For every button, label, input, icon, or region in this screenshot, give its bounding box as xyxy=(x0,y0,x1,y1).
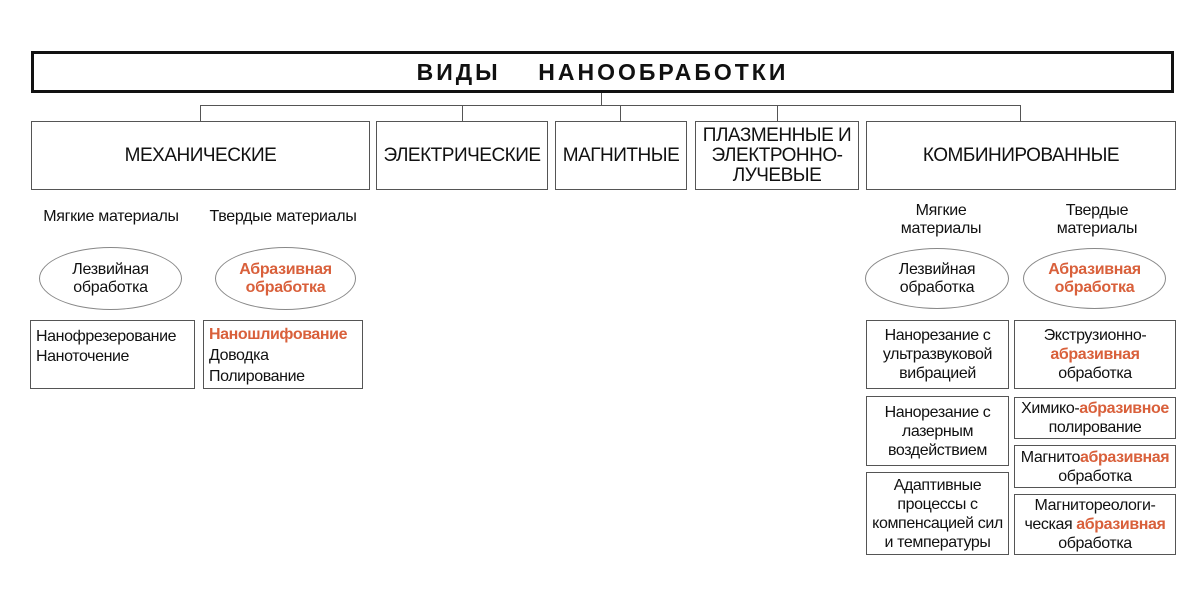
box-text-highlighted: абразивная xyxy=(1076,516,1165,533)
method-line: Лезвийная xyxy=(72,261,148,279)
method-line: обработка xyxy=(73,279,147,297)
box-line: и температуры xyxy=(885,533,991,552)
extrusion-abrasive-box: Экструзионно- абразивная обработка xyxy=(1014,320,1176,389)
heading-line: материалы xyxy=(1017,220,1177,238)
connector-plasma xyxy=(777,105,778,121)
box-line: вибрацией xyxy=(899,364,976,383)
box-line: Магнитореологи- xyxy=(1035,496,1156,515)
connector-magnetic xyxy=(620,105,621,121)
box-line: обработка xyxy=(1058,364,1132,383)
box-line: полирование xyxy=(1049,418,1142,437)
box-text-highlighted: абразивная xyxy=(1080,449,1169,466)
diagram-title: ВИДЫ НАНООБРАБОТКИ xyxy=(31,51,1174,93)
box-line-highlighted: абразивная xyxy=(1050,345,1139,364)
box-line: Экструзионно- xyxy=(1044,326,1147,345)
box-line: обработка xyxy=(1058,534,1132,553)
method-line: Абразивная xyxy=(239,261,332,279)
connector-trunk xyxy=(601,93,602,105)
category-combined: КОМБИНИРОВАННЫЕ xyxy=(866,121,1176,190)
combined-abrasive-processing-ellipse: Абразивная обработка xyxy=(1023,248,1166,309)
magneto-abrasive-box: Магнитоабразивная обработка xyxy=(1014,445,1176,488)
box-line: Адаптивные xyxy=(894,476,982,495)
chemical-abrasive-box: Химико-абразивное полирование xyxy=(1014,397,1176,439)
method-line: обработка xyxy=(900,279,974,297)
method-line: Абразивная xyxy=(1048,261,1141,279)
mechanical-soft-heading: Мягкие материалы xyxy=(30,208,192,226)
adaptive-processes-box: Адаптивные процессы с компенсацией сил и… xyxy=(866,472,1009,555)
box-line: Нанорезание с xyxy=(885,326,991,345)
box-text: ческая xyxy=(1025,516,1077,533)
combined-hard-heading: Твердые материалы xyxy=(1017,202,1177,238)
heading-line: материалы xyxy=(866,220,1016,238)
heading-text: Мягкие материалы xyxy=(43,208,178,225)
mechanical-hard-heading: Твердые материалы xyxy=(196,208,370,226)
method-item-highlighted: Наношлифование xyxy=(209,324,362,345)
category-label: МАГНИТНЫЕ xyxy=(563,146,680,165)
box-text: Химико- xyxy=(1021,400,1079,417)
mechanical-blade-processing-ellipse: Лезвийная обработка xyxy=(39,247,182,310)
mechanical-hard-methods-box: Наношлифование Доводка Полирование xyxy=(203,320,363,389)
category-magnetic: МАГНИТНЫЕ xyxy=(555,121,687,190)
category-label-line: ЭЛЕКТРОННО- xyxy=(712,146,843,166)
connector-bus xyxy=(200,105,1021,106)
magnetorheological-abrasive-box: Магнитореологи- ческая абразивная обрабо… xyxy=(1014,494,1176,555)
mechanical-abrasive-processing-ellipse: Абразивная обработка xyxy=(215,247,356,310)
box-line: воздействием xyxy=(888,441,987,460)
connector-mechanical xyxy=(200,105,201,121)
method-line: обработка xyxy=(246,279,326,297)
laser-nanocutting-box: Нанорезание с лазерным воздействием xyxy=(866,396,1009,466)
box-line: Химико-абразивное xyxy=(1021,399,1169,418)
box-line: процессы с xyxy=(897,495,977,514)
category-plasma-electron-beam: ПЛАЗМЕННЫЕ И ЭЛЕКТРОННО- ЛУЧЕВЫЕ xyxy=(695,121,859,190)
category-label-line: ЛУЧЕВЫЕ xyxy=(733,166,822,186)
category-label: КОМБИНИРОВАННЫЕ xyxy=(923,146,1119,165)
connector-electrical xyxy=(462,105,463,121)
box-line: ческая абразивная xyxy=(1025,515,1166,534)
box-text-highlighted: абразивное xyxy=(1079,400,1169,417)
category-label: МЕХАНИЧЕСКИЕ xyxy=(125,146,277,165)
method-item: Наноточение xyxy=(36,347,194,367)
heading-line: Мягкие xyxy=(866,202,1016,220)
heading-text: Твердые материалы xyxy=(209,208,356,225)
category-mechanical: МЕХАНИЧЕСКИЕ xyxy=(31,121,370,190)
method-line: Лезвийная xyxy=(899,261,975,279)
connector-combined xyxy=(1020,105,1021,121)
method-line: обработка xyxy=(1055,279,1135,297)
combined-blade-processing-ellipse: Лезвийная обработка xyxy=(865,248,1009,309)
box-line: Нанорезание с xyxy=(885,403,991,422)
box-line: ультразвуковой xyxy=(883,345,992,364)
category-electrical: ЭЛЕКТРИЧЕСКИЕ xyxy=(376,121,548,190)
diagram-title-text: ВИДЫ НАНООБРАБОТКИ xyxy=(417,59,789,86)
box-line: Магнитоабразивная xyxy=(1021,448,1169,467)
heading-line: Твердые xyxy=(1017,202,1177,220)
ultrasonic-nanocutting-box: Нанорезание с ультразвуковой вибрацией xyxy=(866,320,1009,389)
box-text: Магнито xyxy=(1021,449,1080,466)
box-line: лазерным xyxy=(902,422,973,441)
mechanical-soft-methods-box: Нанофрезерование Наноточение xyxy=(30,320,195,389)
category-label: ЭЛЕКТРИЧЕСКИЕ xyxy=(383,146,540,165)
method-item: Доводка xyxy=(209,345,362,366)
box-line: компенсацией сил xyxy=(872,514,1003,533)
method-item: Полирование xyxy=(209,366,362,387)
combined-soft-heading: Мягкие материалы xyxy=(866,202,1016,238)
box-line: обработка xyxy=(1058,467,1132,486)
category-label-line: ПЛАЗМЕННЫЕ И xyxy=(703,126,851,146)
method-item: Нанофрезерование xyxy=(36,327,194,347)
